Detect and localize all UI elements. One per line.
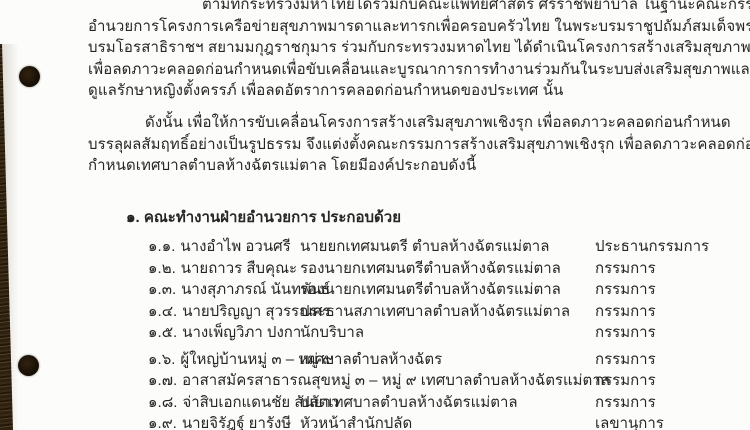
committee-row: ๑.๕.นางเพ็ญวิภา ปงกา นักบริบาล กรรมการ	[148, 323, 748, 345]
member-name-text: นางเพ็ญวิภา ปงกา	[182, 324, 301, 341]
committee-row: ๑.๑.นางอำไพ อวนศรี นายยกเทศมนตรี ตำบลห้า…	[148, 237, 748, 259]
member-position: นายยกเทศมนตรี ตำบลห้างฉัตรแม่ตาล	[300, 237, 549, 256]
member-number: ๑.๒.	[148, 260, 176, 277]
member-position: รองนายกเทศมนตรีตำบลห้างฉัตรแม่ตาล	[300, 280, 561, 299]
paragraph-2-line-3: กำหนดเทศบาลตำบลห้างฉัตรแม่ตาล โดยมีองค์ป…	[88, 155, 750, 177]
committee-row: ๑.๖.ผู้ใหญ่บ้านหมู่ ๓ – หมู่ ๙ เทศบาลตำบ…	[148, 350, 748, 372]
member-number: ๑.๑.	[148, 238, 175, 255]
member-role: กรรมการ	[595, 371, 656, 390]
member-name: ๑.๗.อาสาสมัครสาธารณสุขหมู่ ๓ – หมู่ ๙ เท…	[148, 371, 610, 390]
member-position: นักบริบาล	[300, 323, 364, 342]
member-number: ๑.๙.	[148, 415, 177, 430]
member-number: ๑.๖.	[148, 351, 175, 368]
member-position: ประธานสภาเทศบาลตำบลห้างฉัตรแม่ตาล	[300, 302, 570, 321]
member-role: กรรมการ	[595, 280, 656, 299]
paragraph-2-line-1: ดังนั้น เพื่อให้การขับเคลื่อนโครงการสร้า…	[88, 112, 750, 134]
paragraph-1-line-3: บรมโอรสาธิราชฯ สยามมกุฎราชกุมาร ร่วมกับก…	[88, 37, 750, 59]
member-position: เทศบาลตำบลห้างฉัตร	[300, 350, 442, 369]
member-position: ปลัดเทศบาลตำบลห้างฉัตรแม่ตาล	[300, 393, 518, 412]
paragraph-1-line-1: ตามที่กระทรวงมหาไทยได้ร่วมกับคณะแพทยศาสต…	[88, 0, 750, 16]
member-role: กรรมการ	[595, 350, 656, 369]
scanned-document-page: ตามที่กระทรวงมหาไทยได้ร่วมกับคณะแพทยศาสต…	[0, 0, 750, 430]
member-role: กรรมการ	[595, 323, 656, 342]
member-role: กรรมการ	[595, 393, 656, 412]
member-name-text: นางอำไพ อวนศรี	[180, 238, 290, 255]
member-name: ๑.๑.นางอำไพ อวนศรี	[148, 237, 291, 256]
committee-list: ๑.๑.นางอำไพ อวนศรี นายยกเทศมนตรี ตำบลห้า…	[148, 237, 748, 430]
member-position: รองนายกเทศมนตรีตำบลห้างฉัตรแม่ตาล	[300, 259, 561, 278]
paragraph-1-line-2: อำนวยการโครงการเครือข่ายสุขภาพมารดาและทา…	[88, 16, 750, 38]
member-name-text: นายถาวร สืบคุณะ	[181, 260, 297, 277]
committee-row: ๑.๘.จ่าสิบเอกแดนชัย สันยาว ปลัดเทศบาลตำบ…	[148, 393, 748, 415]
member-name-text: อาสาสมัครสาธารณสุขหมู่ ๓ – หมู่ ๙ เทศบาล…	[182, 372, 610, 389]
paragraph-1-line-5: ดูแลรักษาหญิงตั้งครรภ์ เพื่อลดอัตราการคล…	[88, 80, 750, 102]
punch-hole-top	[19, 66, 40, 87]
member-role: ประธานกรรมการ	[595, 237, 709, 256]
committee-row: ๑.๔.นายปริญญา สุวรรณศร ประธานสภาเทศบาลตำ…	[148, 302, 748, 324]
member-number: ๑.๕.	[148, 324, 177, 341]
member-name: ๑.๙.นายจิรัฎฐ์ ยารังษี	[148, 414, 291, 430]
member-name: ๑.๕.นางเพ็ญวิภา ปงกา	[148, 323, 301, 342]
member-number: ๑.๓.	[148, 281, 176, 298]
member-name: ๑.๒.นายถาวร สืบคุณะ	[148, 259, 297, 278]
paragraph-1: ตามที่กระทรวงมหาไทยได้ร่วมกับคณะแพทยศาสต…	[88, 0, 750, 102]
member-number: ๑.๗.	[148, 372, 177, 389]
committee-row: ๑.๙.นายจิรัฎฐ์ ยารังษี หัวหน้าสำนักปลัด …	[148, 414, 748, 430]
member-number: ๑.๔.	[148, 303, 177, 320]
paragraph-2-line-2: บรรลุผลสัมฤทธิ์อย่างเป็นรูปธรรม จึงแต่งต…	[88, 134, 750, 156]
punch-hole-bottom	[18, 355, 39, 376]
member-number: ๑.๘.	[148, 394, 177, 411]
paragraph-2: ดังนั้น เพื่อให้การขับเคลื่อนโครงการสร้า…	[88, 112, 750, 177]
committee-row: ๑.๗.อาสาสมัครสาธารณสุขหมู่ ๓ – หมู่ ๙ เท…	[148, 371, 748, 393]
member-role: กรรมการ	[595, 259, 656, 278]
section-heading: ๑. คณะทำงานฝ่ายอำนวยการ ประกอบด้วย	[126, 205, 401, 229]
paragraph-1-line-4: เพื่อลดภาวะคลอดก่อนกำหนดเพื่อขับเคลื่อนแ…	[88, 59, 750, 81]
member-position: หัวหน้าสำนักปลัด	[300, 414, 412, 430]
member-role: กรรมการ	[595, 302, 656, 321]
committee-row: ๑.๓.นางสุภาภรณ์ นันทพันธ์ รองนายกเทศมนตร…	[148, 280, 748, 302]
committee-row: ๑.๒.นายถาวร สืบคุณะ รองนายกเทศมนตรีตำบลห…	[148, 259, 748, 281]
member-name-text: นายจิรัฎฐ์ ยารังษี	[182, 415, 291, 430]
member-role: เลขานุการ	[595, 414, 664, 430]
